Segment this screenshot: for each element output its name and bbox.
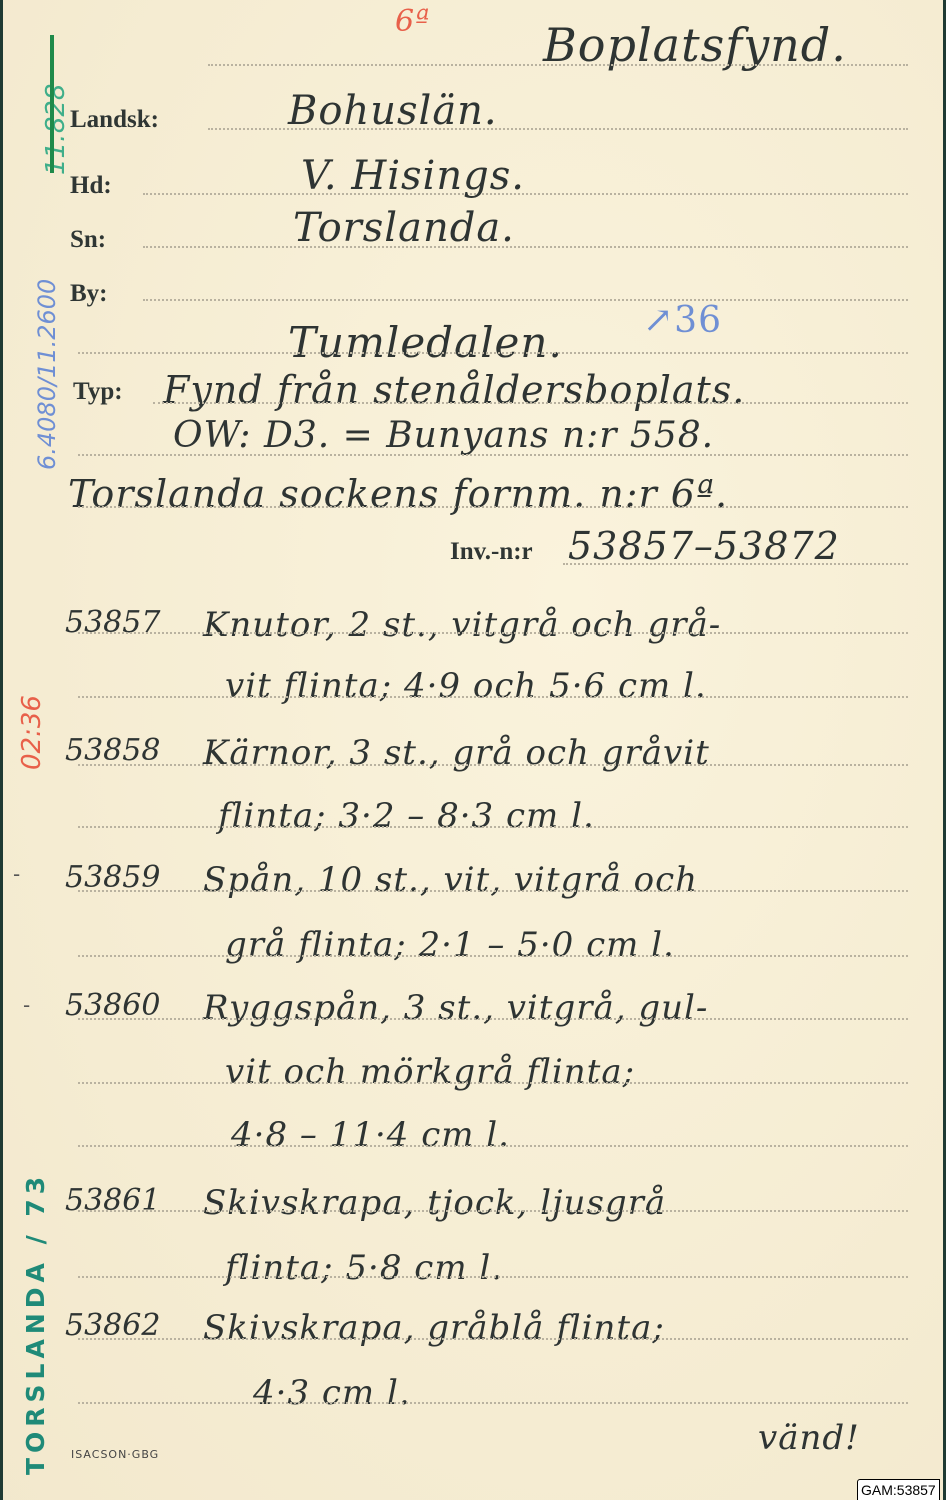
sn-label: Sn:	[70, 226, 106, 254]
entry-line: grå flinta; 2·1 – 5·0 cm l.	[225, 925, 675, 965]
dotted-line	[78, 955, 908, 957]
dotted-line	[78, 352, 908, 354]
entry-line: Spån, 10 st., vit, vitgrå och	[203, 860, 698, 900]
catalog-card: 6ª Boplatsfynd. Landsk: Bohuslän. Hd: V.…	[3, 0, 943, 1500]
entry-line: Skivskrapa, gråblå flinta;	[203, 1308, 665, 1348]
entry-line: 4·8 – 11·4 cm l.	[231, 1115, 510, 1155]
inv-label: Inv.-n:r	[450, 538, 533, 566]
entry-line: Kärnor, 3 st., grå och gråvit	[203, 733, 710, 773]
fornm-line: Torslanda sockens fornm. n:r 6ª.	[68, 472, 728, 516]
turn-note: vänd!	[758, 1418, 860, 1458]
typ-value: Fynd från stenåldersboplats.	[163, 368, 745, 412]
entry-line: flinta; 3·2 – 8·3 cm l.	[218, 796, 595, 836]
dotted-line	[78, 1210, 908, 1212]
entry-dash: -	[23, 993, 30, 1017]
dotted-line	[563, 563, 908, 565]
place-value: Tumledalen.	[288, 318, 563, 367]
entry-line: vit och mörkgrå flinta;	[225, 1052, 635, 1092]
entry-line: flinta; 5·8 cm l.	[225, 1248, 503, 1288]
typ-label: Typ:	[73, 378, 123, 406]
by-label: By:	[70, 280, 108, 308]
hd-label: Hd:	[70, 172, 112, 200]
dotted-line	[78, 826, 908, 828]
entry-line: Knutor, 2 st., vitgrå och grå-	[203, 605, 721, 645]
dotted-line	[78, 506, 908, 508]
entry-line: Skivskrapa, tjock, ljusgrå	[203, 1183, 666, 1223]
margin-red-note: 02:36	[17, 695, 47, 770]
landsk-value: Bohuslän.	[288, 88, 498, 134]
place-annotation: ↗36	[643, 300, 722, 341]
landsk-label: Landsk:	[70, 106, 159, 134]
dotted-line	[78, 764, 908, 766]
printer-mark: ISACSON·GBG	[71, 1448, 159, 1461]
top-annotation: 6ª	[395, 4, 430, 39]
entry-number: 53858	[65, 733, 160, 768]
dotted-line	[78, 890, 908, 892]
entry-number: 53861	[65, 1183, 160, 1218]
dotted-line	[143, 193, 908, 195]
entry-line: vit flinta; 4·9 och 5·6 cm l.	[225, 666, 707, 706]
dotted-line	[78, 1145, 908, 1147]
dotted-line	[208, 64, 908, 66]
sn-value: Torslanda.	[293, 205, 515, 251]
dotted-line	[78, 696, 908, 698]
margin-struck-number: 11:828	[41, 84, 71, 175]
dotted-line	[153, 402, 908, 404]
entry-line: 4·3 cm l.	[253, 1373, 411, 1413]
margin-strike-line	[50, 35, 54, 173]
dotted-line	[78, 1018, 908, 1020]
margin-coordinates: 6.4080/11.2600	[33, 279, 61, 470]
dotted-line	[78, 1082, 908, 1084]
dotted-line	[143, 246, 908, 248]
inv-value: 53857–53872	[568, 524, 840, 568]
dotted-line	[78, 1338, 908, 1340]
parish-stamp: TORSLANDA / 73	[21, 1172, 50, 1475]
dotted-line	[78, 632, 908, 634]
archive-id-label: GAM:53857	[857, 1479, 940, 1500]
entry-number: 53857	[65, 605, 160, 640]
reference-line: OW: D3. = Bunyans n:r 558.	[173, 415, 714, 456]
dotted-line	[78, 1402, 908, 1404]
dotted-line	[143, 299, 908, 301]
hd-value: V. Hisings.	[301, 153, 525, 199]
dotted-line	[78, 454, 908, 456]
dotted-line	[78, 1276, 908, 1278]
entry-dash: -	[13, 862, 20, 886]
entry-line: Ryggspån, 3 st., vitgrå, gul-	[203, 988, 708, 1028]
